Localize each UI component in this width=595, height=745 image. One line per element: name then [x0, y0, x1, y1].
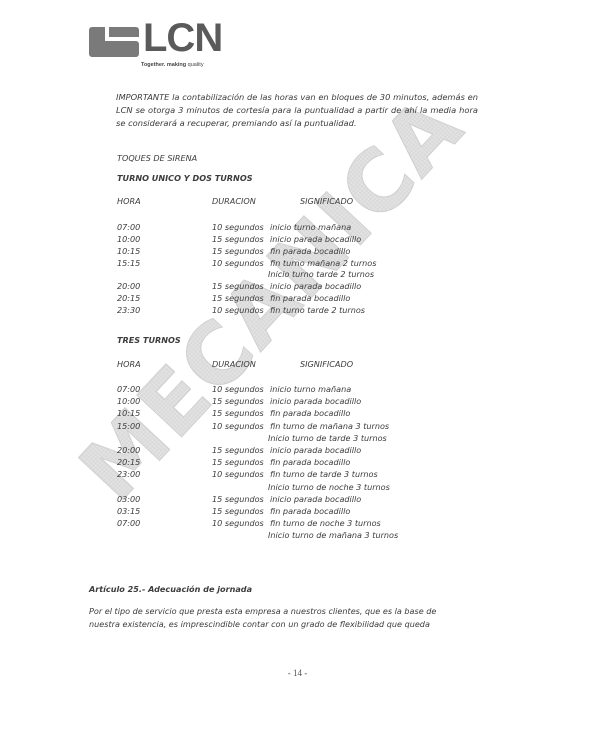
table-row: 20:1515 segundosfin parada bocadillo [0, 458, 595, 470]
cell-hora: 20:00 [117, 282, 140, 290]
cell-duracion: 15 segundos [212, 409, 264, 417]
cell-hora: 03:15 [117, 507, 140, 515]
cell-hora: 15:15 [117, 259, 140, 267]
article-title: Artículo 25.- Adecuación de jornada [89, 585, 252, 593]
cell-significado: inicio turno mañana [270, 223, 351, 231]
table-row: 23:0010 segundosfin turno de tarde 3 tur… [0, 470, 595, 482]
cell-duracion: 15 segundos [212, 458, 264, 466]
intro-paragraph: IMPORTANTE la contabilización de las hor… [116, 91, 478, 130]
cell-significado: Inicio turno de tarde 3 turnos [268, 434, 387, 442]
cell-significado: inicio parada bocadillo [270, 495, 361, 503]
header-significado: SIGNIFICADO [300, 197, 353, 205]
cell-significado: inicio parada bocadillo [270, 397, 361, 405]
cell-significado: Inicio turno tarde 2 turnos [268, 270, 374, 278]
table-row: 03:1515 segundosfin parada bocadillo [0, 507, 595, 519]
header-hora: HORA [117, 360, 141, 368]
cell-significado: fin parada bocadillo [270, 458, 350, 466]
cell-hora: 10:15 [117, 247, 140, 255]
table-row: 10:0015 segundosinicio parada bocadillo [0, 397, 595, 409]
cell-duracion: 15 segundos [212, 495, 264, 503]
cell-hora: 15:00 [117, 422, 140, 430]
cell-duracion: 10 segundos [212, 470, 264, 478]
article-line-1: Por el tipo de servicio que presta esta … [89, 607, 436, 615]
cell-hora: 07:00 [117, 385, 140, 393]
logo-mark-icon [89, 27, 139, 57]
cell-significado: fin parada bocadillo [270, 507, 350, 515]
cell-hora: 20:15 [117, 458, 140, 466]
cell-hora: 07:00 [117, 519, 140, 527]
table2-title: TRES TURNOS [117, 336, 181, 344]
cell-significado: inicio turno mañana [270, 385, 351, 393]
table-row: Inicio turno de noche 3 turnos [0, 483, 595, 495]
cell-significado: fin turno de tarde 3 turnos [270, 470, 378, 478]
cell-duracion: 15 segundos [212, 235, 264, 243]
table-row: 23:3010 segundosfin turno tarde 2 turnos [0, 306, 595, 318]
table1-title: TURNO UNICO Y DOS TURNOS [117, 174, 253, 182]
header-duracion: DURACION [212, 360, 256, 368]
cell-hora: 10:00 [117, 235, 140, 243]
table-row: 10:1515 segundosfin parada bocadillo [0, 247, 595, 259]
cell-hora: 20:15 [117, 294, 140, 302]
cell-significado: fin parada bocadillo [270, 247, 350, 255]
table1-header: HORA DURACION SIGNIFICADO [0, 197, 595, 209]
cell-hora: 10:00 [117, 397, 140, 405]
header-hora: HORA [117, 197, 141, 205]
cell-significado: fin turno de noche 3 turnos [270, 519, 381, 527]
cell-significado: fin turno mañana 2 turnos [270, 259, 376, 267]
cell-duracion: 15 segundos [212, 294, 264, 302]
cell-duracion: 15 segundos [212, 282, 264, 290]
page-number: - 14 - [0, 668, 595, 678]
table-row: 20:0015 segundosinicio parada bocadillo [0, 446, 595, 458]
table-row: 07:0010 segundosfin turno de noche 3 tur… [0, 519, 595, 531]
table-row: 15:0010 segundosfin turno de mañana 3 tu… [0, 422, 595, 434]
cell-hora: 23:00 [117, 470, 140, 478]
cell-significado: fin parada bocadillo [270, 294, 350, 302]
cell-duracion: 15 segundos [212, 247, 264, 255]
cell-duracion: 10 segundos [212, 223, 264, 231]
cell-duracion: 10 segundos [212, 385, 264, 393]
logo-brand: LCN [143, 18, 222, 58]
cell-significado: inicio parada bocadillo [270, 235, 361, 243]
cell-duracion: 10 segundos [212, 259, 264, 267]
cell-duracion: 15 segundos [212, 507, 264, 515]
cell-significado: fin turno de mañana 3 turnos [270, 422, 389, 430]
cell-duracion: 15 segundos [212, 446, 264, 454]
cell-significado: inicio parada bocadillo [270, 446, 361, 454]
cell-hora: 23:30 [117, 306, 140, 314]
table-row: 07:0010 segundosinicio turno mañana [0, 385, 595, 397]
section-title: TOQUES DE SIRENA [117, 154, 197, 162]
header-duracion: DURACION [212, 197, 256, 205]
cell-significado: Inicio turno de mañana 3 turnos [268, 531, 398, 539]
cell-significado: inicio parada bocadillo [270, 282, 361, 290]
cell-duracion: 10 segundos [212, 519, 264, 527]
article-line-2: nuestra existencia, es imprescindible co… [89, 620, 430, 628]
cell-significado: fin turno tarde 2 turnos [270, 306, 365, 314]
company-logo: LCN Together. making quality [89, 24, 219, 74]
table-row: Inicio turno de mañana 3 turnos [0, 531, 595, 543]
cell-hora: 20:00 [117, 446, 140, 454]
cell-duracion: 10 segundos [212, 306, 264, 314]
logo-tagline: Together. making quality [141, 62, 204, 68]
cell-hora: 07:00 [117, 223, 140, 231]
cell-significado: Inicio turno de noche 3 turnos [268, 483, 390, 491]
cell-duracion: 10 segundos [212, 422, 264, 430]
cell-hora: 03:00 [117, 495, 140, 503]
table2-header: HORA DURACION SIGNIFICADO [0, 360, 595, 372]
table-row: Inicio turno de tarde 3 turnos [0, 434, 595, 446]
table-row: 03:0015 segundosinicio parada bocadillo [0, 495, 595, 507]
table-row: 10:1515 segundosfin parada bocadillo [0, 409, 595, 421]
cell-significado: fin parada bocadillo [270, 409, 350, 417]
cell-duracion: 15 segundos [212, 397, 264, 405]
cell-hora: 10:15 [117, 409, 140, 417]
header-significado: SIGNIFICADO [300, 360, 353, 368]
